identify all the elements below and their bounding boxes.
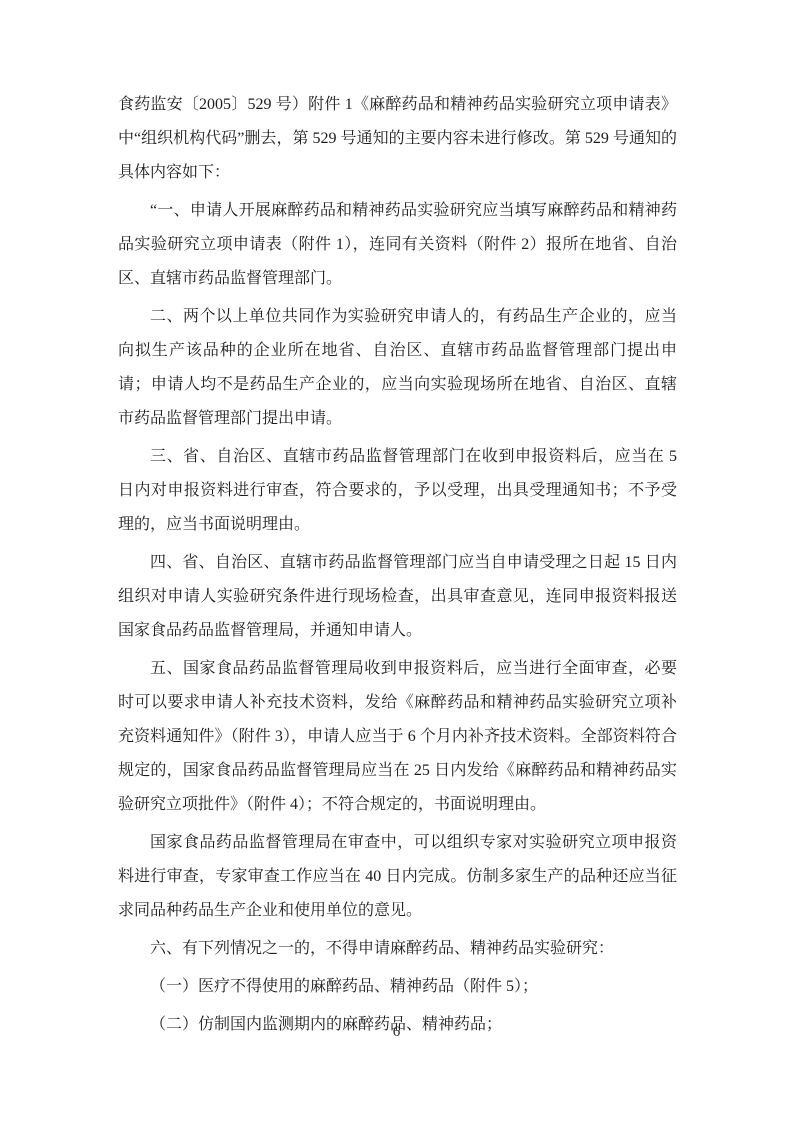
paragraph: “一、申请人开展麻醉药品和精神药品实验研究应当填写麻醉药品和精神药品实验研究立项…: [118, 194, 677, 296]
paragraph: 四、省、自治区、直辖市药品监督管理部门应当自申请受理之日起 15 日内组织对申请…: [118, 546, 677, 648]
paragraph: 六、有下列情况之一的，不得申请麻醉药品、精神药品实验研究：: [118, 932, 677, 966]
paragraph: （一）医疗不得使用的麻醉药品、精神药品（附件 5）；: [118, 970, 677, 1004]
document-page: 食药监安〔2005〕529 号）附件 1《麻醉药品和精神药品实验研究立项申请表》…: [0, 0, 793, 1122]
paragraph: 五、国家食品药品监督管理局收到申报资料后，应当进行全面审查，必要时可以要求申请人…: [118, 652, 677, 822]
paragraph: 二、两个以上单位共同作为实验研究申请人的，有药品生产企业的，应当向拟生产该品种的…: [118, 300, 677, 436]
paragraph: 三、省、自治区、直辖市药品监督管理部门在收到申报资料后，应当在 5 日内对申报资…: [118, 440, 677, 542]
page-number: 6: [0, 1022, 793, 1042]
paragraph: 食药监安〔2005〕529 号）附件 1《麻醉药品和精神药品实验研究立项申请表》…: [118, 88, 677, 190]
paragraph: 国家食品药品监督管理局在审查中，可以组织专家对实验研究立项申报资料进行审查，专家…: [118, 826, 677, 928]
document-body: 食药监安〔2005〕529 号）附件 1《麻醉药品和精神药品实验研究立项申请表》…: [118, 88, 677, 1046]
